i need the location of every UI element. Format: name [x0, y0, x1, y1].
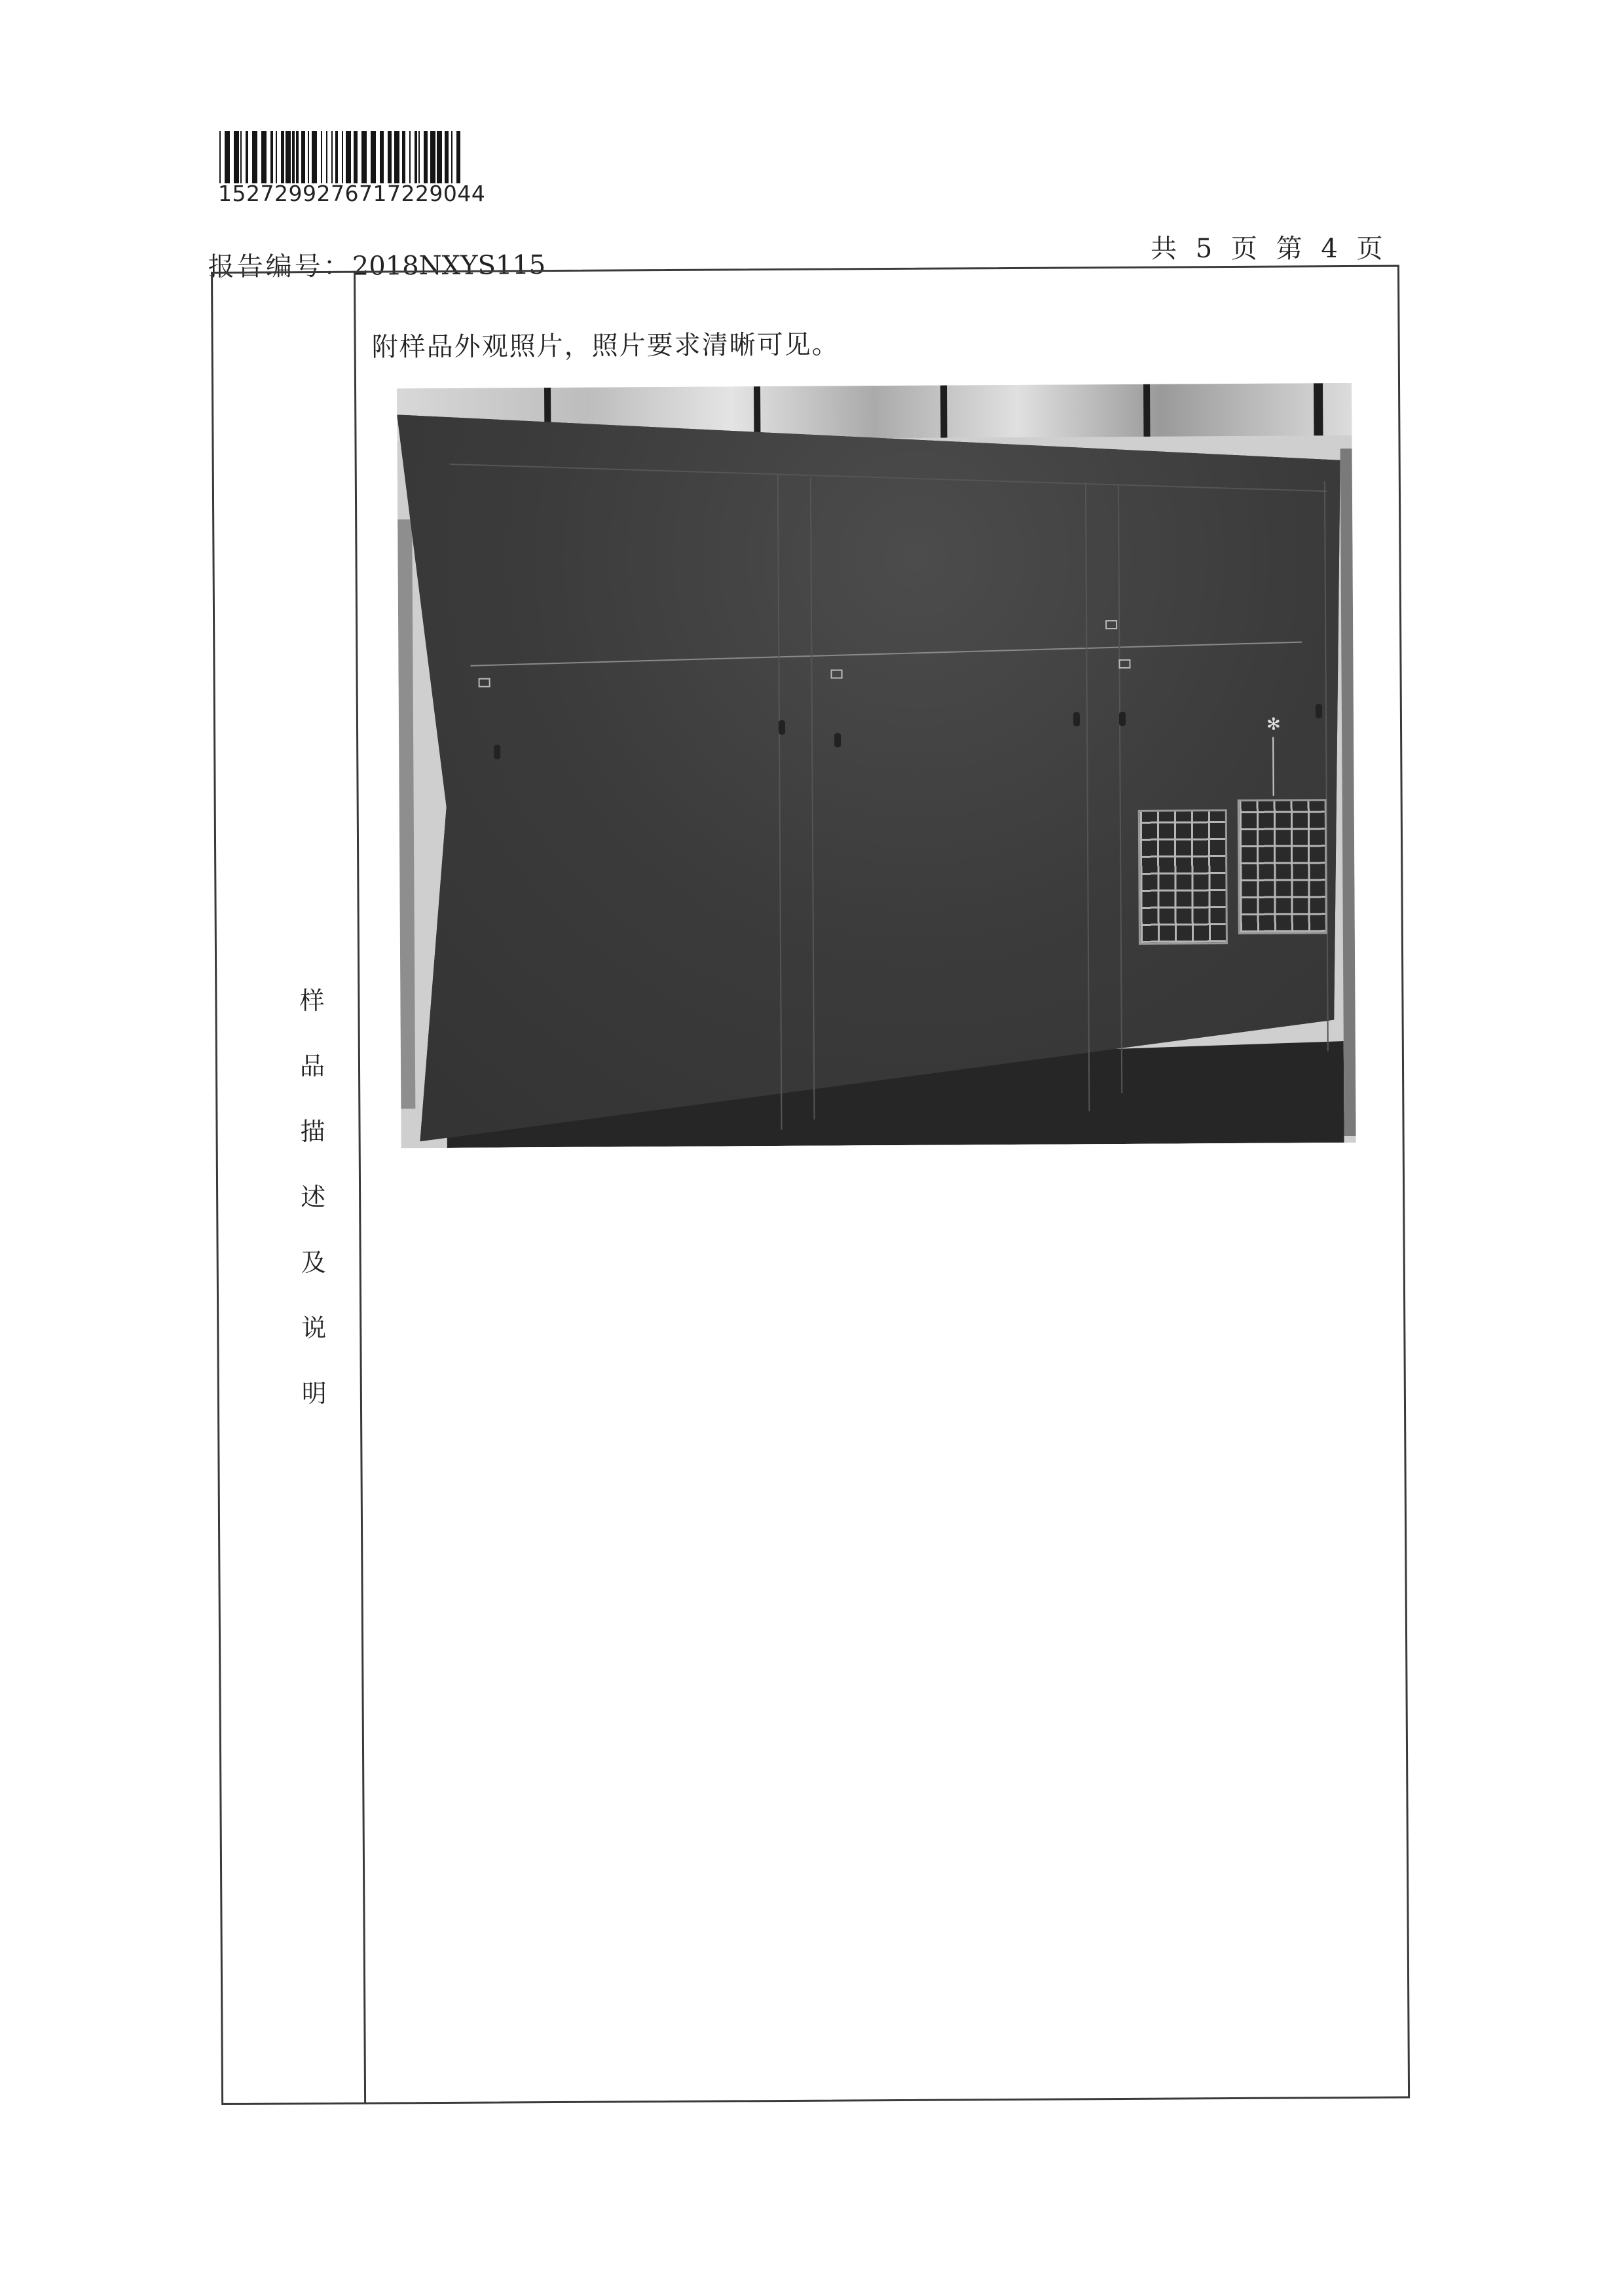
- latch-icon: [831, 669, 843, 678]
- handle-icon: [1316, 704, 1322, 718]
- sample-description-table: 样 品 描 述 及 说 明 附样品外观照片，照片要求清晰可见。: [211, 265, 1410, 2105]
- handle-icon: [834, 733, 841, 747]
- barcode-bar: [342, 131, 343, 183]
- latch-icon: [1105, 620, 1117, 629]
- row-label-char: 品: [300, 1054, 325, 1078]
- barcode-bar: [326, 131, 327, 183]
- latch-icon: [479, 678, 490, 688]
- barcode-bar: [394, 131, 399, 183]
- handle-icon: [779, 720, 785, 735]
- barcode-bar: [415, 131, 417, 183]
- page-indicator: 共 5 页 第 4 页: [1151, 228, 1385, 265]
- row-label-char: 及: [301, 1250, 326, 1275]
- barcode-bar: [437, 131, 442, 183]
- handle-icon: [494, 744, 500, 759]
- barcode-bar: [225, 131, 230, 183]
- barcode-bar: [361, 131, 367, 183]
- barcode-bar: [261, 131, 267, 183]
- barcode-bar: [354, 131, 358, 183]
- photo-background-post: [940, 386, 947, 438]
- barcode-bar: [430, 131, 435, 183]
- row-label-char: 样: [299, 988, 324, 1013]
- page-total-prefix: 共: [1151, 234, 1179, 264]
- handle-icon: [1119, 712, 1126, 726]
- photo-left-edge: [397, 519, 415, 1109]
- barcode-bar: [312, 131, 317, 183]
- barcode-bar: [371, 131, 376, 183]
- barcode-number: 1527299276717229044: [218, 181, 485, 206]
- barcode-bar: [246, 131, 248, 183]
- barcode-bar: [335, 131, 338, 183]
- barcode-bar: [296, 131, 299, 183]
- sample-photo: ✻: [397, 383, 1356, 1148]
- barcode-bar: [445, 131, 449, 183]
- barcode-bar: [409, 131, 411, 183]
- barcode-bar: [402, 131, 406, 183]
- barcode-bar: [424, 131, 428, 183]
- latch-icon: [1118, 659, 1130, 669]
- photo-background-post: [1314, 383, 1323, 435]
- photo-background-post: [754, 386, 760, 439]
- barcode-bar: [301, 131, 305, 183]
- barcode-bar: [331, 131, 333, 183]
- row-label-sample-description: 样 品 描 述 及 说 明: [286, 988, 341, 1446]
- barcode-bar: [456, 131, 460, 183]
- barcode-bar: [451, 131, 452, 183]
- row-label-char: 述: [301, 1184, 325, 1209]
- page-current-suffix: 页: [1357, 234, 1385, 264]
- page-current: 4: [1321, 234, 1339, 264]
- barcode-bar: [346, 131, 351, 183]
- barcode-bar: [276, 131, 277, 183]
- barcode-bar: [308, 131, 309, 183]
- barcode-bar: [270, 131, 273, 183]
- photo-background-post: [1143, 384, 1150, 437]
- handle-icon: [1073, 712, 1080, 726]
- barcode-bar: [388, 131, 392, 183]
- barcode-bar: [321, 131, 322, 183]
- page-total-suffix: 页: [1231, 234, 1259, 264]
- ventilation-grille: [1138, 809, 1228, 945]
- barcode: [219, 131, 463, 183]
- photo-caption: 附样品外观照片，照片要求清晰可见。: [371, 323, 839, 363]
- barcode-bar: [292, 131, 295, 183]
- barcode-bar: [234, 131, 239, 183]
- row-label-char: 描: [300, 1119, 325, 1144]
- cabinet-body: [397, 409, 1344, 1141]
- barcode-bar: [418, 131, 420, 183]
- barcode-bar: [240, 131, 242, 183]
- barcode-bar: [380, 131, 384, 183]
- page-total: 5: [1196, 234, 1214, 264]
- barcode-bar: [286, 131, 291, 183]
- barcode-bar: [281, 131, 285, 183]
- ventilation-grille: [1238, 799, 1327, 934]
- barcode-bar: [252, 131, 257, 183]
- warning-sign-icon: ✻: [1266, 718, 1281, 732]
- barcode-bar: [219, 131, 221, 183]
- row-label-char: 说: [301, 1315, 326, 1340]
- row-label-char: 明: [302, 1381, 327, 1406]
- page-current-prefix: 第: [1276, 234, 1304, 264]
